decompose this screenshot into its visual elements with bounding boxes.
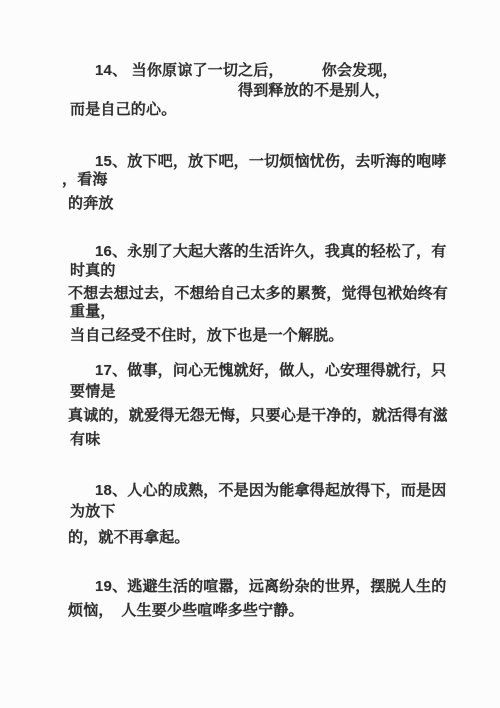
quote-14-line-1: 14、 当你原谅了一切之后， 你会发现， bbox=[95, 62, 398, 80]
quote-14-line-3: 而是自己的心。 bbox=[70, 101, 176, 119]
quote-19-line-2: 烦恼， 人生要少些喧哗多些宁静。 bbox=[68, 602, 304, 620]
quote-18-line-2: 为放下 bbox=[70, 503, 116, 521]
document-page: 14、 当你原谅了一切之后， 你会发现， 得到释放的不是别人， 而是自己的心。 … bbox=[0, 0, 500, 708]
quote-15-line-2: ，看海 bbox=[62, 171, 108, 189]
quote-19-line-1: 19、逃避生活的喧嚣，远离纷杂的世界，摆脱人生的 bbox=[95, 578, 447, 596]
quote-16-line-1: 16、永别了大起大落的生活许久，我真的轻松了，有 bbox=[95, 243, 447, 261]
quote-16-line-5: 当自己经受不住时，放下也是一个解脱。 bbox=[70, 327, 344, 345]
quote-15-line-1: 15、放下吧，放下吧，一切烦恼忧伤，去听海的咆哮 bbox=[95, 153, 447, 171]
quote-17-line-4: 有味 bbox=[70, 431, 100, 449]
quote-16-line-3: 不想去想过去，不想给自己太多的累赘，觉得包袱始终有 bbox=[68, 285, 448, 303]
quote-15-line-3: 的奔放 bbox=[68, 195, 114, 213]
quote-17-line-3: 真诚的，就爱得无怨无悔，只要心是干净的，就活得有滋 bbox=[68, 407, 448, 425]
quote-18-line-1: 18、人心的成熟，不是因为能拿得起放得下，而是因 bbox=[95, 482, 447, 500]
quote-18-line-3: 的，就不再拿起。 bbox=[68, 529, 190, 547]
quote-17-line-2: 要情是 bbox=[70, 383, 116, 401]
quote-16-line-2: 时真的 bbox=[70, 262, 116, 280]
quote-14-line-2: 得到释放的不是别人， bbox=[238, 82, 390, 100]
quote-16-line-4: 重量， bbox=[70, 303, 116, 321]
quote-17-line-1: 17、做事，问心无愧就好，做人，心安理得就行，只 bbox=[95, 362, 447, 380]
